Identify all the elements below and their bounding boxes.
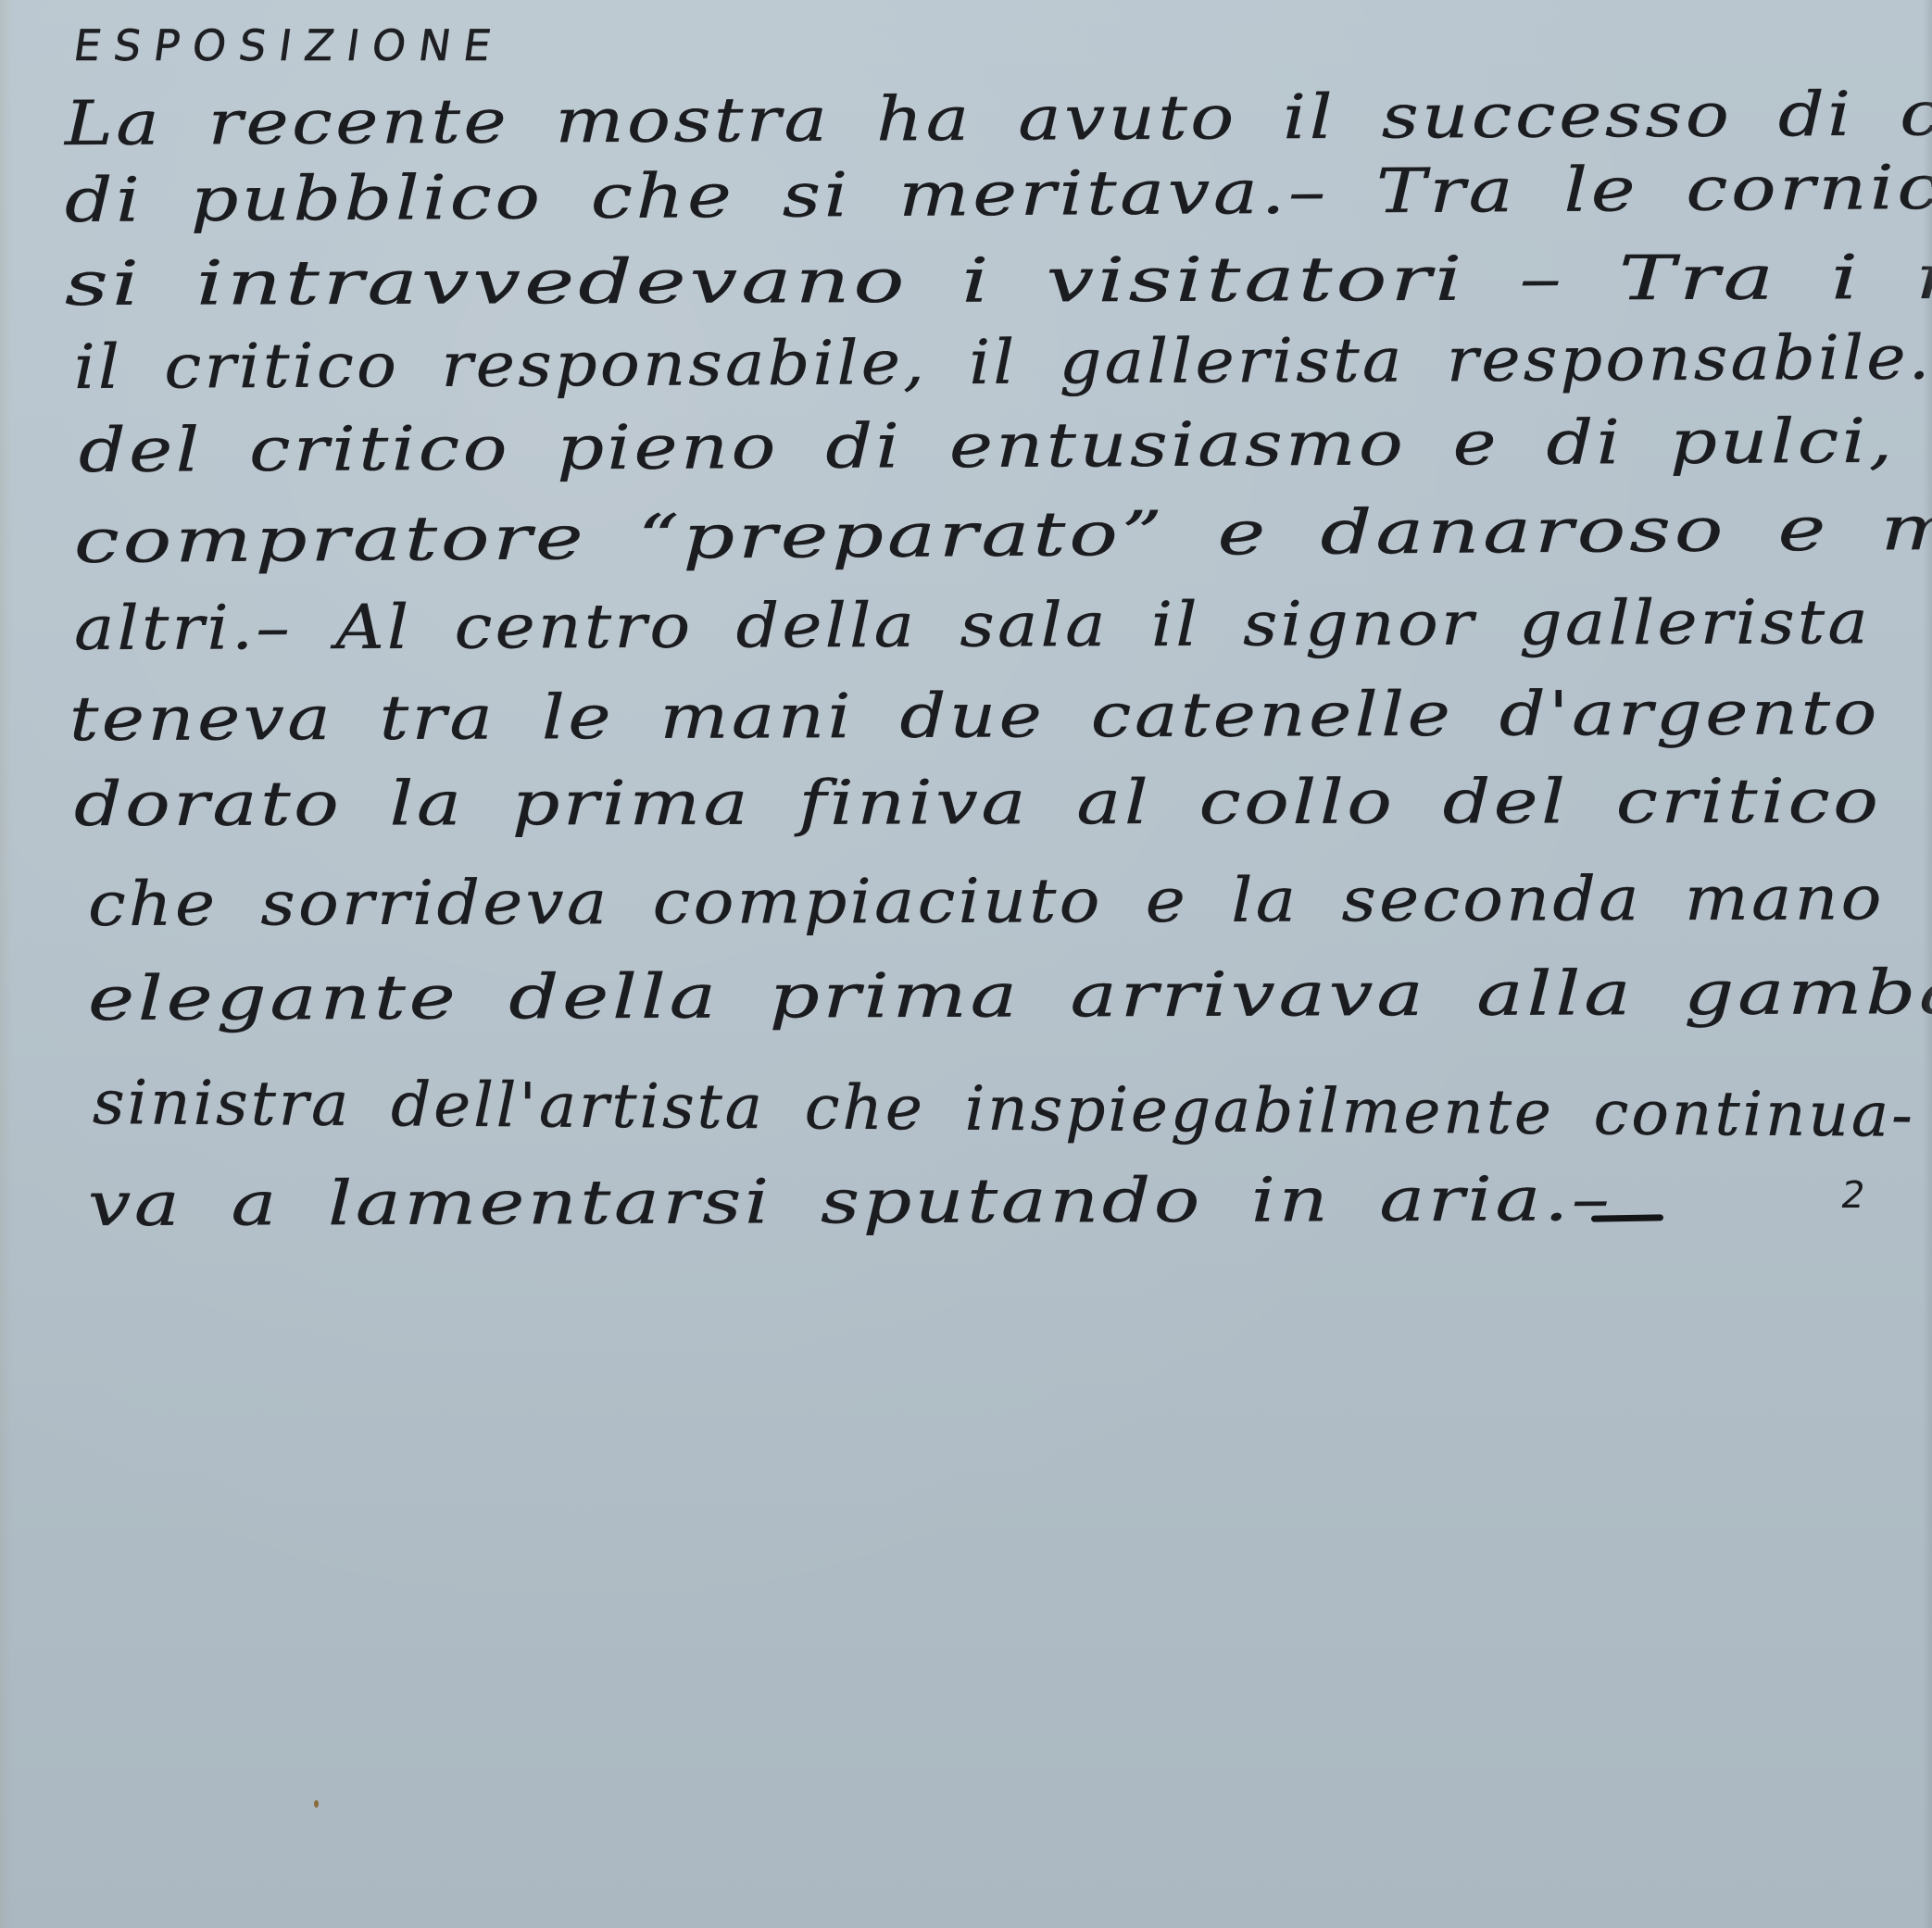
- text-line-13: va a lamentarsi sputando in aria.–: [88, 1163, 1613, 1240]
- text-line-3: si intravvedevano i visitatori – Tra i m…: [65, 241, 1932, 319]
- text-line-11: elegante della prima arrivava alla gamba: [88, 957, 1932, 1034]
- manuscript-sheet: ESPOSIZIONE La recente mostra ha avuto i…: [0, 0, 1932, 1928]
- text-line-10: che sorrideva compiaciuto e la seconda m…: [88, 862, 1885, 940]
- text-line-6: compratore “preparato” e danaroso e molt…: [74, 492, 1932, 577]
- text-line-9: dorato la prima finiva al collo del crit…: [74, 766, 1882, 840]
- text-line-7: altri.– Al centro della sala il signor g…: [74, 586, 1871, 664]
- page-number: 2: [1838, 1174, 1869, 1217]
- paper-speck: [314, 1800, 319, 1808]
- closing-dash: [1591, 1214, 1663, 1221]
- text-line-1: La recente mostra ha avuto il successo d…: [65, 77, 1932, 159]
- document-title: ESPOSIZIONE: [70, 20, 507, 70]
- text-line-12: sinistra dell'artista che inspiegabilmen…: [93, 1067, 1916, 1151]
- text-line-8: teneva tra le mani due catenelle d'argen…: [69, 677, 1880, 755]
- text-line-2: di pubblico che si meritava.– Tra le cor…: [65, 150, 1932, 236]
- text-line-4: il critico responsabile, il gallerista r…: [74, 321, 1932, 403]
- text-line-5: del critico pieno di entusiasmo e di pul…: [79, 405, 1932, 486]
